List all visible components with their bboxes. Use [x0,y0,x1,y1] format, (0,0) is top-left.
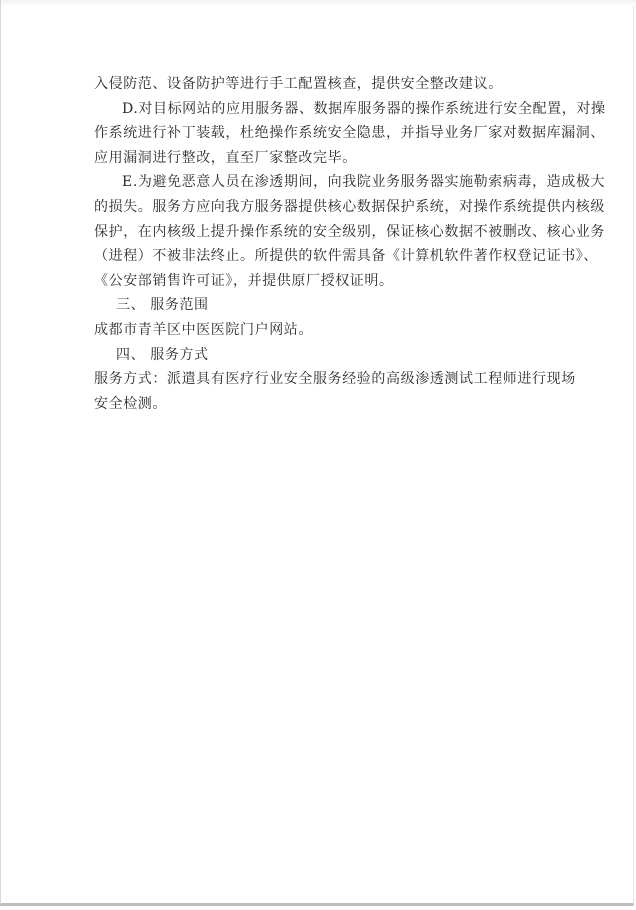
scan-edge [1,0,636,6]
paragraph-line: 应用漏洞进行整改，直至厂家整改完毕。 [94,146,552,171]
document-page: 入侵防范、设备防护等进行手工配置核查，提供安全整改建议。 D.对目标网站的应用服… [0,0,634,906]
section-heading-scope: 三、 服务范围 [94,293,552,318]
paragraph-line: 的损失。服务方应向我方服务器提供核心数据保护系统，对操作系统提供内核级 [94,195,552,220]
paragraph-line: 入侵防范、设备防护等进行手工配置核查，提供安全整改建议。 [94,72,552,97]
paragraph-e-start: E.为避免恶意人员在渗透期间，向我院业务服务器实施勒索病毒，造成极大 [94,170,552,195]
paragraph-d-start: D.对目标网站的应用服务器、数据库服务器的操作系统进行安全配置，对操 [94,97,552,122]
section-heading-method: 四、 服务方式 [94,343,552,368]
paragraph-line: 安全检测。 [94,392,552,417]
paragraph-line: 作系统进行补丁装载，杜绝操作系统安全隐患，并指导业务厂家对数据库漏洞、 [94,121,552,146]
paragraph-line: （进程）不被非法终止。所提供的软件需具备《计算机软件著作权登记证书》、 [94,244,552,269]
paragraph-line: 《公安部销售许可证》，并提供原厂授权证明。 [94,269,552,294]
document-body: 入侵防范、设备防护等进行手工配置核查，提供安全整改建议。 D.对目标网站的应用服… [94,72,552,416]
method-text: 服务方式：派遣具有医疗行业安全服务经验的高级渗透测试工程师进行现场 [94,367,552,392]
paragraph-line: 保护，在内核级上提升操作系统的安全级别，保证核心数据不被删改、核心业务 [94,220,552,245]
scope-text: 成都市青羊区中医医院门户网站。 [94,318,552,343]
